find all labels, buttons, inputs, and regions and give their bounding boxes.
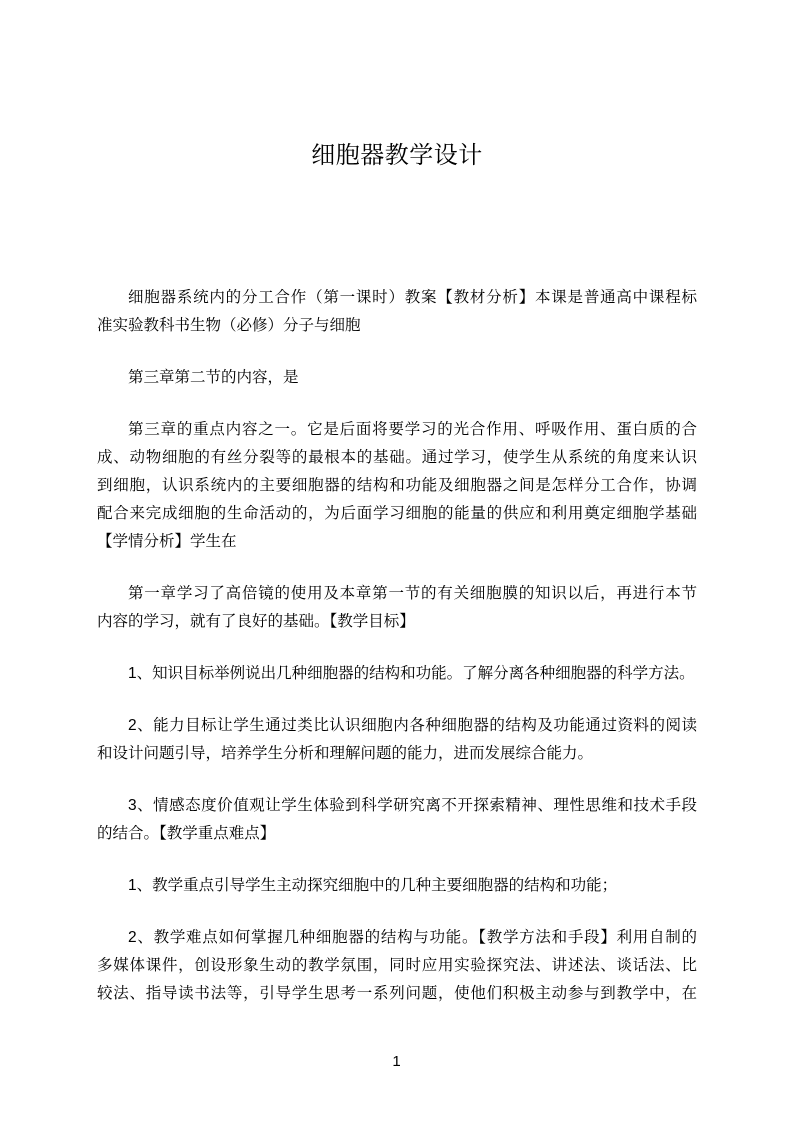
text-line: 第三章的重点内容之一。它是后面将要学习的光合作用、呼吸作用、蛋白质的合 xyxy=(97,416,697,444)
text-line: 3、情感态度价值观让学生体验到科学研究离不开探索精神、理性思维和技术手段 xyxy=(97,792,697,820)
text-line: 的结合。【教学重点难点】 xyxy=(97,820,697,848)
paragraph-student-analysis: 第一章学习了高倍镜的使用及本章第一节的有关细胞膜的知识以后，再进行本节 内容的学… xyxy=(97,580,697,636)
text-line: 2、能力目标让学生通过类比认识细胞内各种细胞器的结构及功能通过资料的阅读 xyxy=(97,712,697,740)
paragraph-teaching-focus: 1、教学重点引导学生主动探究细胞中的几种主要细胞器的结构和功能； xyxy=(97,872,697,900)
text-line: 较法、指导读书法等，引导学生思考一系列问题，使他们积极主动参与到教学中，在 xyxy=(97,980,697,1008)
paragraph-emotion-goal: 3、情感态度价值观让学生体验到科学研究离不开探索精神、理性思维和技术手段 的结合… xyxy=(97,792,697,848)
text-line: 2、教学难点如何掌握几种细胞器的结构与功能。【教学方法和手段】利用自制的 xyxy=(97,924,697,952)
text-line: 第一章学习了高倍镜的使用及本章第一节的有关细胞膜的知识以后，再进行本节 xyxy=(97,580,697,608)
text-line: 和设计问题引导，培养学生分析和理解问题的能力，进而发展综合能力。 xyxy=(97,740,697,768)
text-line: 多媒体课件，创设形象生动的教学氛围，同时应用实验探究法、讲述法、谈话法、比 xyxy=(97,952,697,980)
document-title: 细胞器教学设计 xyxy=(97,139,697,172)
paragraph-teaching-difficulty: 2、教学难点如何掌握几种细胞器的结构与功能。【教学方法和手段】利用自制的 多媒体… xyxy=(97,924,697,1008)
paragraph-chapter-ref: 第三章第二节的内容，是 xyxy=(97,364,697,392)
text-line: 配合来完成细胞的生命活动的，为后面学习细胞的能量的供应和利用奠定细胞学基础 xyxy=(97,500,697,528)
text-line: 成、动物细胞的有丝分裂等的最根本的基础。通过学习，使学生从系统的角度来认识 xyxy=(97,444,697,472)
text-line: 到细胞，认识系统内的主要细胞器的结构和功能及细胞器之间是怎样分工合作，协调 xyxy=(97,472,697,500)
text-line: 1、教学重点引导学生主动探究细胞中的几种主要细胞器的结构和功能； xyxy=(97,872,697,900)
paragraph-intro: 细胞器系统内的分工合作（第一课时）教案【教材分析】本课是普通高中课程标 准实验教… xyxy=(97,284,697,340)
paragraph-material-analysis: 第三章的重点内容之一。它是后面将要学习的光合作用、呼吸作用、蛋白质的合 成、动物… xyxy=(97,416,697,556)
document-page: 细胞器教学设计 细胞器系统内的分工合作（第一课时）教案【教材分析】本课是普通高中… xyxy=(0,0,793,1122)
paragraph-ability-goal: 2、能力目标让学生通过类比认识细胞内各种细胞器的结构及功能通过资料的阅读 和设计… xyxy=(97,712,697,768)
text-line: 内容的学习，就有了良好的基础。【教学目标】 xyxy=(97,608,697,636)
text-line: 第三章第二节的内容，是 xyxy=(97,364,697,392)
text-line: 【学情分析】学生在 xyxy=(97,528,697,556)
document-body: 细胞器系统内的分工合作（第一课时）教案【教材分析】本课是普通高中课程标 准实验教… xyxy=(97,284,697,1008)
text-line: 准实验教科书生物（必修）分子与细胞 xyxy=(97,312,697,340)
paragraph-knowledge-goal: 1、知识目标举例说出几种细胞器的结构和功能。了解分离各种细胞器的科学方法。 xyxy=(97,660,697,688)
text-line: 1、知识目标举例说出几种细胞器的结构和功能。了解分离各种细胞器的科学方法。 xyxy=(97,660,697,688)
page-number: 1 xyxy=(0,1051,793,1073)
text-line: 细胞器系统内的分工合作（第一课时）教案【教材分析】本课是普通高中课程标 xyxy=(97,284,697,312)
